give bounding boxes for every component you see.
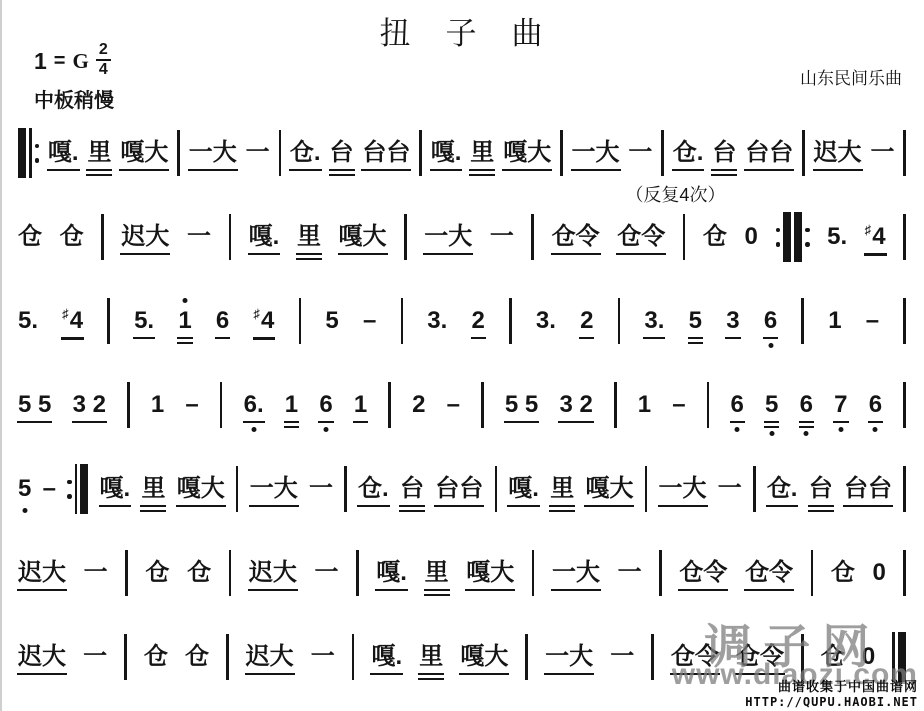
note: – xyxy=(185,392,198,418)
thin-bar xyxy=(75,464,78,514)
barline xyxy=(614,382,617,428)
note: 仓 xyxy=(831,560,855,586)
note: 5. xyxy=(827,224,847,250)
note: 一大 xyxy=(189,140,237,166)
barline xyxy=(495,466,498,512)
note: 嘎大 xyxy=(466,560,514,586)
barline xyxy=(229,550,232,596)
note: 里 xyxy=(297,224,321,250)
barline xyxy=(352,634,355,680)
note: 嘎大 xyxy=(503,140,551,166)
octave-dot-below xyxy=(769,431,774,436)
sharp-icon: ♯ xyxy=(254,306,261,321)
note: 2 xyxy=(472,308,485,334)
key-signature: 1 = G 2 4 xyxy=(34,44,111,78)
barline xyxy=(344,466,347,512)
note: 一大 xyxy=(545,644,593,670)
barline xyxy=(177,130,180,176)
barline xyxy=(707,382,710,428)
score-line: （反复4次）仓仓迟大一嘎.里嘎大一大一仓令仓令仓05.♯4 xyxy=(8,210,916,264)
repeat-dots xyxy=(776,212,781,262)
note: 6 xyxy=(800,392,813,418)
note: 5. xyxy=(18,308,38,334)
note: 嘎大 xyxy=(585,476,633,502)
barline xyxy=(229,214,232,260)
barline xyxy=(801,298,804,344)
score-line: 5 53 21–6.1612–5 53 21–65676 xyxy=(8,378,916,432)
note: 迟大 xyxy=(814,140,862,166)
note: 里 xyxy=(425,560,449,586)
note: 迟大 xyxy=(18,644,66,670)
note: 嘎. xyxy=(371,644,402,670)
octave-dot-below xyxy=(324,427,329,432)
note: 6 xyxy=(731,392,744,418)
repeat-dots xyxy=(805,212,810,262)
repeat-dots xyxy=(35,128,40,178)
barline xyxy=(236,466,239,512)
note: 一大 xyxy=(572,140,620,166)
note: 3 2 xyxy=(559,392,592,418)
note: 2 xyxy=(412,392,425,418)
octave-dot-below xyxy=(251,427,256,432)
barline xyxy=(356,550,359,596)
barline xyxy=(651,634,654,680)
barline xyxy=(903,298,906,344)
note: 一 xyxy=(490,224,514,250)
note: 仓 xyxy=(144,644,168,670)
barline xyxy=(645,466,648,512)
note: 2 xyxy=(580,308,593,334)
repeat-end-barline xyxy=(67,464,88,514)
note: 一 xyxy=(618,560,642,586)
note: 嘎. xyxy=(249,224,280,250)
barline xyxy=(220,382,223,428)
barline xyxy=(531,214,534,260)
repeat-dots xyxy=(67,464,72,514)
note: – xyxy=(447,392,460,418)
key-letter: G xyxy=(72,49,88,74)
note: 迟大 xyxy=(249,560,297,586)
note: 3. xyxy=(536,308,556,334)
note: – xyxy=(866,308,879,334)
note: 6. xyxy=(244,392,264,418)
note: 1 xyxy=(151,392,164,418)
barline xyxy=(802,130,805,176)
barline xyxy=(107,298,110,344)
note: 台 xyxy=(330,140,354,166)
repeat-end-begin-barline xyxy=(776,212,810,262)
note: – xyxy=(672,392,685,418)
barline xyxy=(525,634,528,680)
note: 5 xyxy=(325,308,338,334)
sheet-music-page: 扭 子 曲 1 = G 2 4 中板稍慢 山东民间乐曲 嘎.里嘎大一大一仓.台台… xyxy=(0,0,924,711)
score-line: 5.♯45.16♯45–3.23.23.5361– xyxy=(8,294,916,348)
barline xyxy=(903,214,906,260)
note: 5 xyxy=(689,308,702,334)
sharp-icon: ♯ xyxy=(62,306,69,321)
thick-bar xyxy=(783,212,791,262)
note: 1 xyxy=(285,392,298,418)
note: 嘎大 xyxy=(339,224,387,250)
score-line: 迟大一仓仓迟大一嘎.里嘎大一大一仓令仓令仓0 xyxy=(8,546,916,600)
note: 一大 xyxy=(659,476,707,502)
note: 1 xyxy=(828,308,841,334)
note: 6 xyxy=(216,308,229,334)
note: 仓 xyxy=(60,224,84,250)
note: 一 xyxy=(246,140,270,166)
composer-credit: 山东民间乐曲 xyxy=(800,64,902,89)
score-line: 嘎.里嘎大一大一仓.台台台嘎.里嘎大一大一仓.台台台迟大一 xyxy=(8,126,916,180)
barline xyxy=(419,130,422,176)
note: 嘎大 xyxy=(177,476,225,502)
score: 嘎.里嘎大一大一仓.台台台嘎.里嘎大一大一仓.台台台迟大一（反复4次）仓仓迟大一… xyxy=(0,126,924,684)
note: ♯4 xyxy=(254,307,275,334)
barline xyxy=(659,550,662,596)
note: 一 xyxy=(628,140,652,166)
thin-bar xyxy=(29,128,32,178)
barline xyxy=(101,214,104,260)
note: 仓 xyxy=(703,224,727,250)
note: 一大 xyxy=(250,476,298,502)
note: 0 xyxy=(872,560,885,586)
note: – xyxy=(43,476,56,502)
barline xyxy=(903,130,906,176)
note: 仓. xyxy=(673,140,704,166)
octave-dot-below xyxy=(735,427,740,432)
note: 3. xyxy=(427,308,447,334)
barline xyxy=(903,382,906,428)
note: 3 2 xyxy=(73,392,106,418)
barline xyxy=(279,130,282,176)
note: 迟大 xyxy=(121,224,169,250)
sharp-icon: ♯ xyxy=(865,222,872,237)
barline xyxy=(903,550,906,596)
note: 5. xyxy=(134,308,154,334)
barline xyxy=(299,298,302,344)
note: 仓令 xyxy=(679,560,727,586)
note: 一 xyxy=(83,644,107,670)
note: ♯4 xyxy=(865,223,886,250)
barline xyxy=(753,466,756,512)
thick-bar xyxy=(18,128,26,178)
note: 仓令 xyxy=(745,560,793,586)
octave-dot-below xyxy=(768,343,773,348)
note: 里 xyxy=(550,476,574,502)
note: 仓. xyxy=(290,140,321,166)
meter-numerator: 2 xyxy=(96,42,111,61)
note: 仓. xyxy=(767,476,798,502)
note: 一大 xyxy=(424,224,472,250)
note: ♯4 xyxy=(62,307,83,334)
octave-dot-below xyxy=(873,427,878,432)
score-line: 5–嘎.里嘎大一大一仓.台台台嘎.里嘎大一大一仓.台台台 xyxy=(8,462,916,516)
barline xyxy=(509,298,512,344)
note: 台台 xyxy=(362,140,410,166)
barline xyxy=(811,550,814,596)
barline xyxy=(127,382,130,428)
barline xyxy=(618,298,621,344)
note: 仓 xyxy=(145,560,169,586)
octave-dot-below xyxy=(22,508,27,513)
octave-dot-below xyxy=(804,431,809,436)
note: 1 xyxy=(638,392,651,418)
note: 里 xyxy=(470,140,494,166)
barline xyxy=(401,298,404,344)
note: 迟大 xyxy=(246,644,294,670)
note: 一 xyxy=(309,476,333,502)
note: 嘎. xyxy=(100,476,131,502)
repeat-annotation: （反复4次） xyxy=(625,181,725,207)
note: 一 xyxy=(187,224,211,250)
meter-denominator: 4 xyxy=(99,61,108,78)
octave-dot-below xyxy=(838,427,843,432)
barline xyxy=(661,130,664,176)
note: 3. xyxy=(644,308,664,334)
note: 台 xyxy=(712,140,736,166)
barline xyxy=(226,634,229,680)
barline xyxy=(404,214,407,260)
note: 一 xyxy=(610,644,634,670)
barline xyxy=(124,634,127,680)
note: 0 xyxy=(745,224,758,250)
note: 里 xyxy=(141,476,165,502)
octave-dot-above xyxy=(183,298,188,303)
note: 台 xyxy=(400,476,424,502)
note: 3 xyxy=(726,308,739,334)
thick-bar xyxy=(794,212,802,262)
note: 5 xyxy=(765,392,778,418)
note: 仓 xyxy=(18,224,42,250)
note: 1 xyxy=(178,308,191,334)
note: 6 xyxy=(319,392,332,418)
note: 台台 xyxy=(745,140,793,166)
repeat-begin-barline xyxy=(18,128,39,178)
time-signature: 2 4 xyxy=(96,42,111,78)
thick-bar xyxy=(80,464,88,514)
note: 一 xyxy=(718,476,742,502)
note: 7 xyxy=(834,392,847,418)
note: 里 xyxy=(419,644,443,670)
note: 台 xyxy=(809,476,833,502)
page-title: 扭 子 曲 xyxy=(0,0,924,53)
watermark: 调子网 www.diaozi.com 曲谱收集于中国曲谱网 HTTP://QUP… xyxy=(672,623,918,709)
note: 嘎. xyxy=(376,560,407,586)
note: 5 xyxy=(18,476,31,502)
note: 一大 xyxy=(552,560,600,586)
note: 台台 xyxy=(435,476,483,502)
note: 6 xyxy=(869,392,882,418)
barline xyxy=(481,382,484,428)
note: 里 xyxy=(87,140,111,166)
barline xyxy=(683,214,686,260)
note: 仓 xyxy=(187,560,211,586)
note: 1 xyxy=(354,392,367,418)
note: 一 xyxy=(84,560,108,586)
note: 台台 xyxy=(844,476,892,502)
note: – xyxy=(363,308,376,334)
note: 仓. xyxy=(358,476,389,502)
note: 嘎. xyxy=(508,476,539,502)
watermark-source-url: HTTP://QUPU.HAOBI.NET xyxy=(672,695,918,709)
note: 嘎大 xyxy=(460,644,508,670)
barline xyxy=(125,550,128,596)
key-tonic: 1 xyxy=(34,48,47,75)
note: 嘎大 xyxy=(120,140,168,166)
note: 嘎. xyxy=(431,140,462,166)
note: 一 xyxy=(311,644,335,670)
note: 一 xyxy=(314,560,338,586)
note: 5 5 xyxy=(505,392,538,418)
equals-sign: = xyxy=(54,50,66,73)
note: 嘎. xyxy=(48,140,79,166)
header: 扭 子 曲 1 = G 2 4 中板稍慢 山东民间乐曲 xyxy=(0,0,924,126)
barline xyxy=(560,130,563,176)
barline xyxy=(532,550,535,596)
note: 仓令 xyxy=(617,224,665,250)
note: 一 xyxy=(870,140,894,166)
tempo-marking: 中板稍慢 xyxy=(34,84,114,113)
note: 6 xyxy=(764,308,777,334)
note: 仓 xyxy=(185,644,209,670)
barline xyxy=(388,382,391,428)
note: 仓令 xyxy=(552,224,600,250)
note: 5 5 xyxy=(18,392,51,418)
note: 迟大 xyxy=(18,560,66,586)
barline xyxy=(903,466,906,512)
